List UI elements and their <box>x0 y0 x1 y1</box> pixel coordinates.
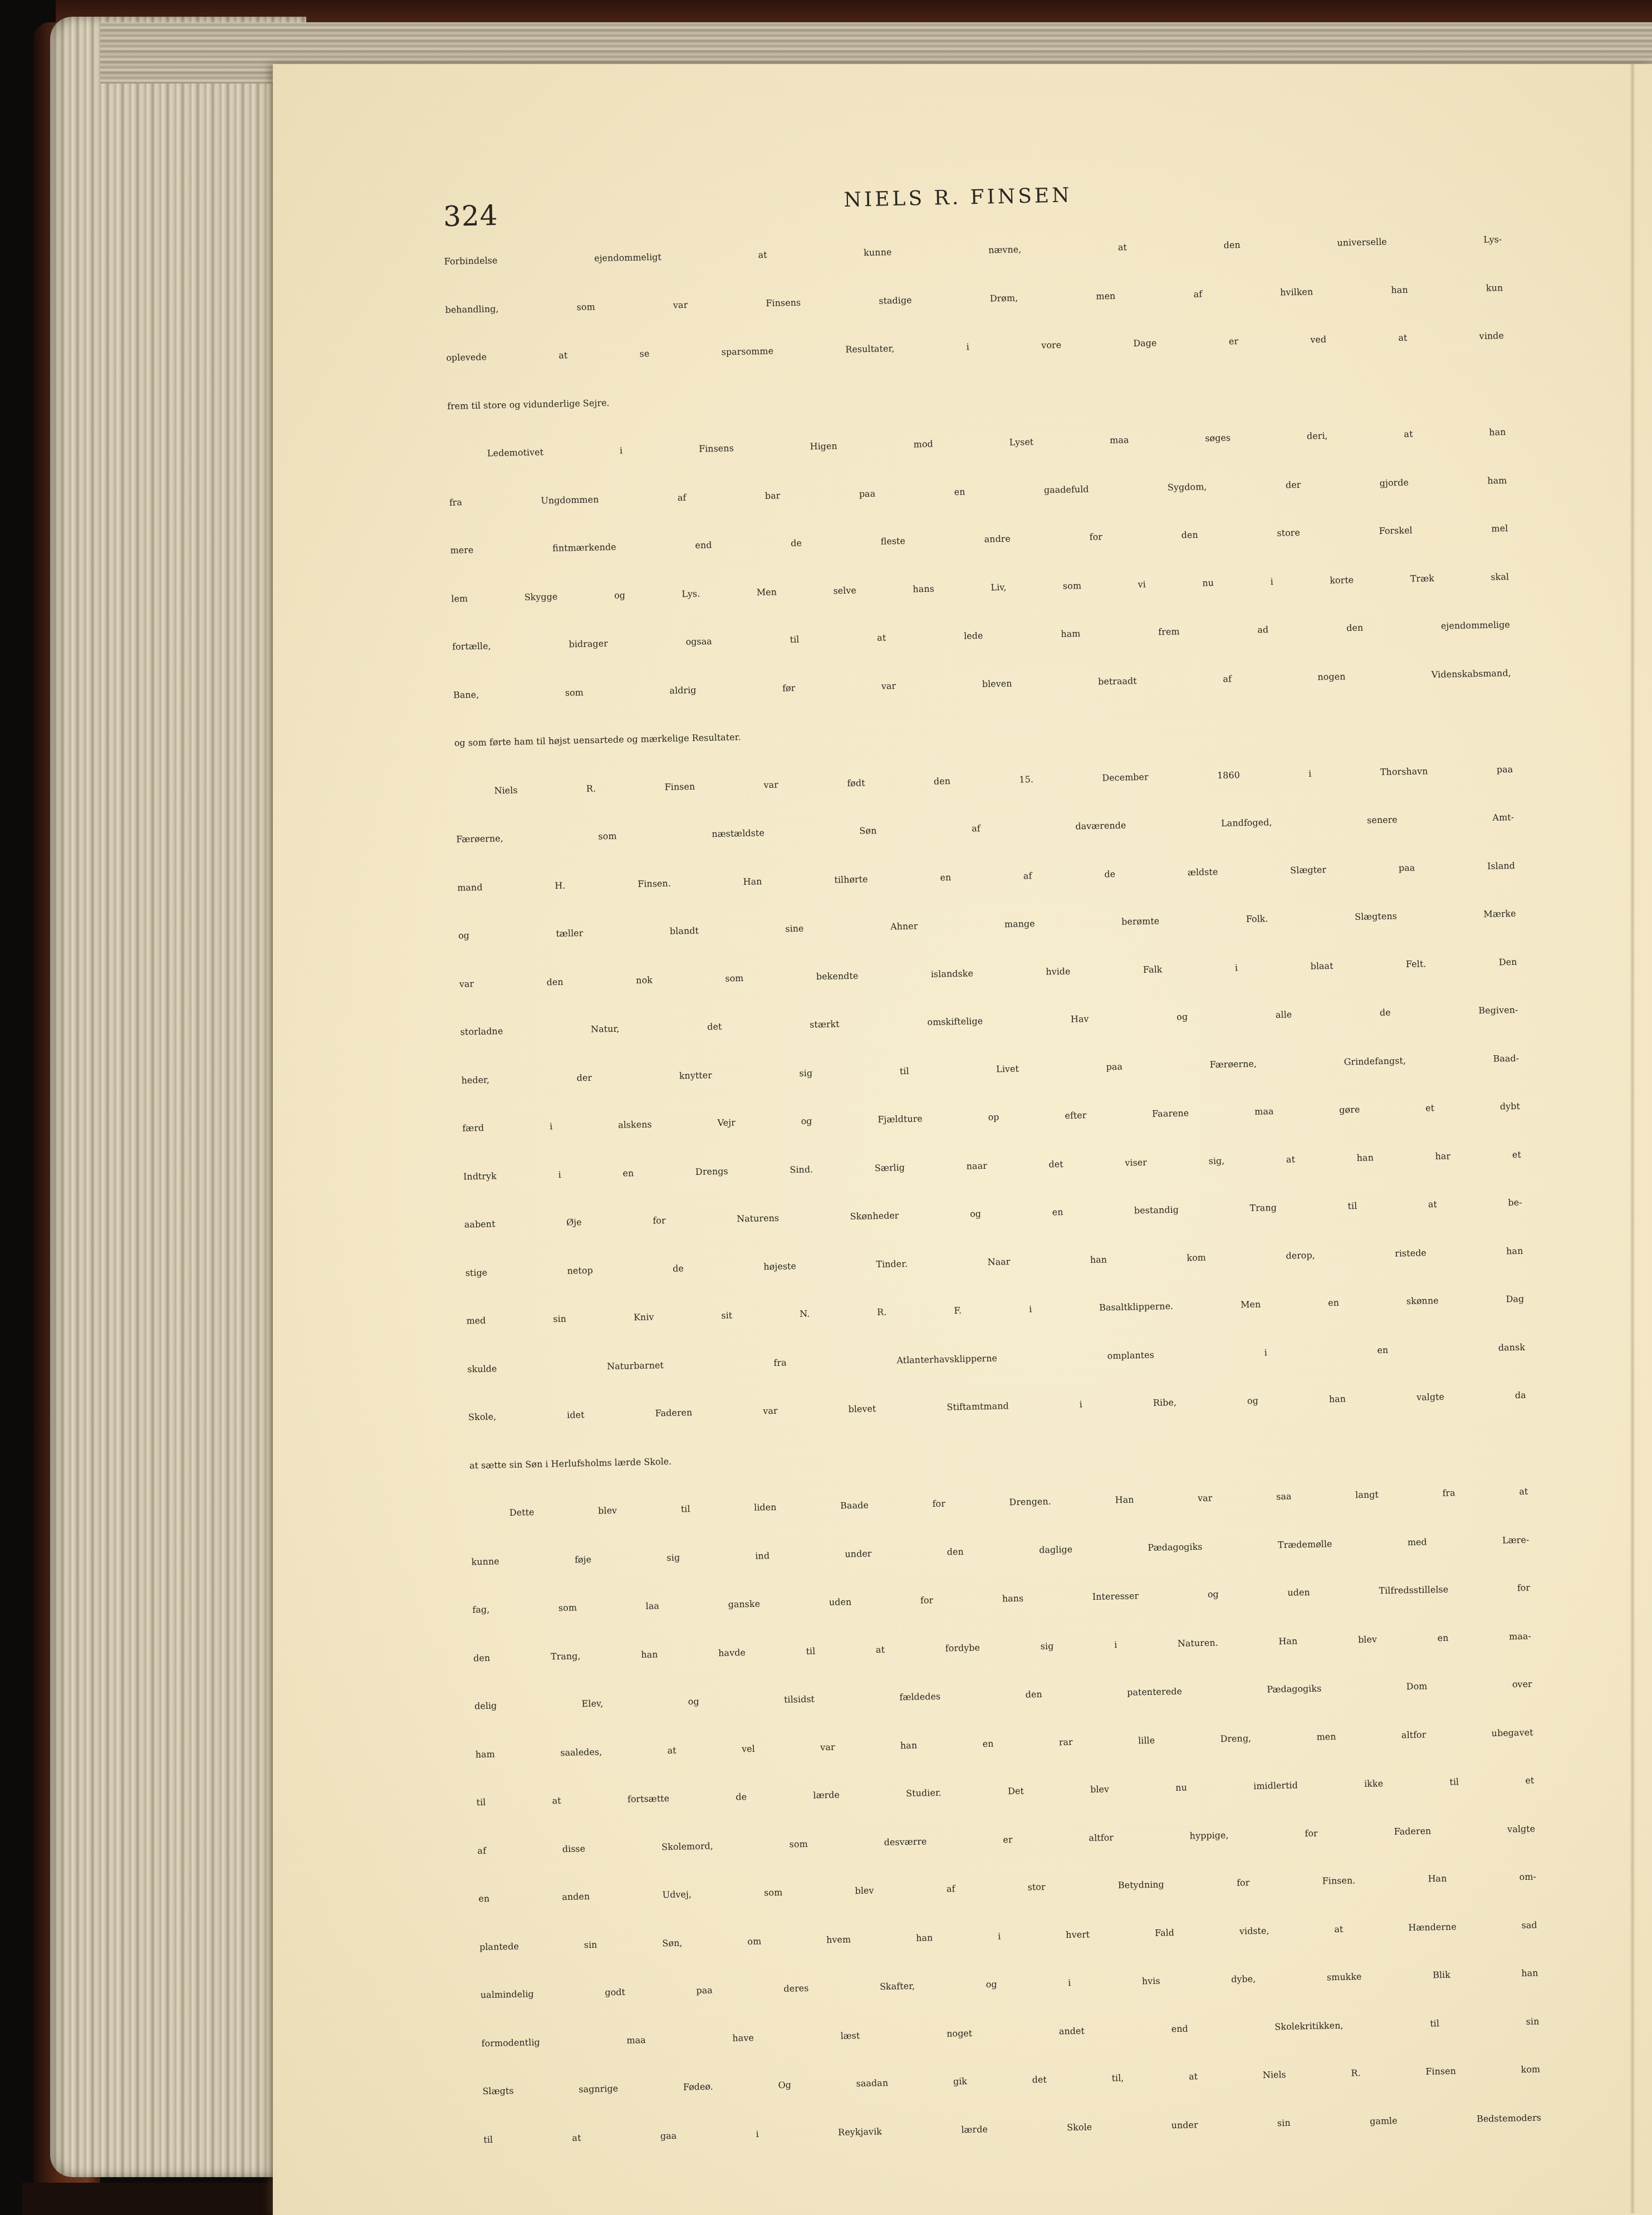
running-head-title: NIELS R. FINSEN <box>844 184 1072 212</box>
paragraph: Forbindelse ejendommeligt at kunne nævne… <box>444 234 1506 449</box>
body-text: Forbindelse ejendommeligt at kunne nævne… <box>444 234 1542 2182</box>
paragraph: Niels R. Finsen var født den 15. Decembe… <box>455 763 1528 1508</box>
page-content: 324 NIELS R. FINSEN Forbindelse ejendomm… <box>443 167 1542 2182</box>
book-cover-bottom-edge <box>22 2183 301 2215</box>
page-stack-left <box>50 17 306 2177</box>
paragraph: Ledemotivet i Finsens Higen mod Lyset ma… <box>448 427 1513 786</box>
page-number: 324 <box>443 199 498 233</box>
paragraph: Dette blev til liden Baade for Drengen. … <box>470 1486 1542 2183</box>
page-fold-shadow <box>1630 64 1635 2213</box>
